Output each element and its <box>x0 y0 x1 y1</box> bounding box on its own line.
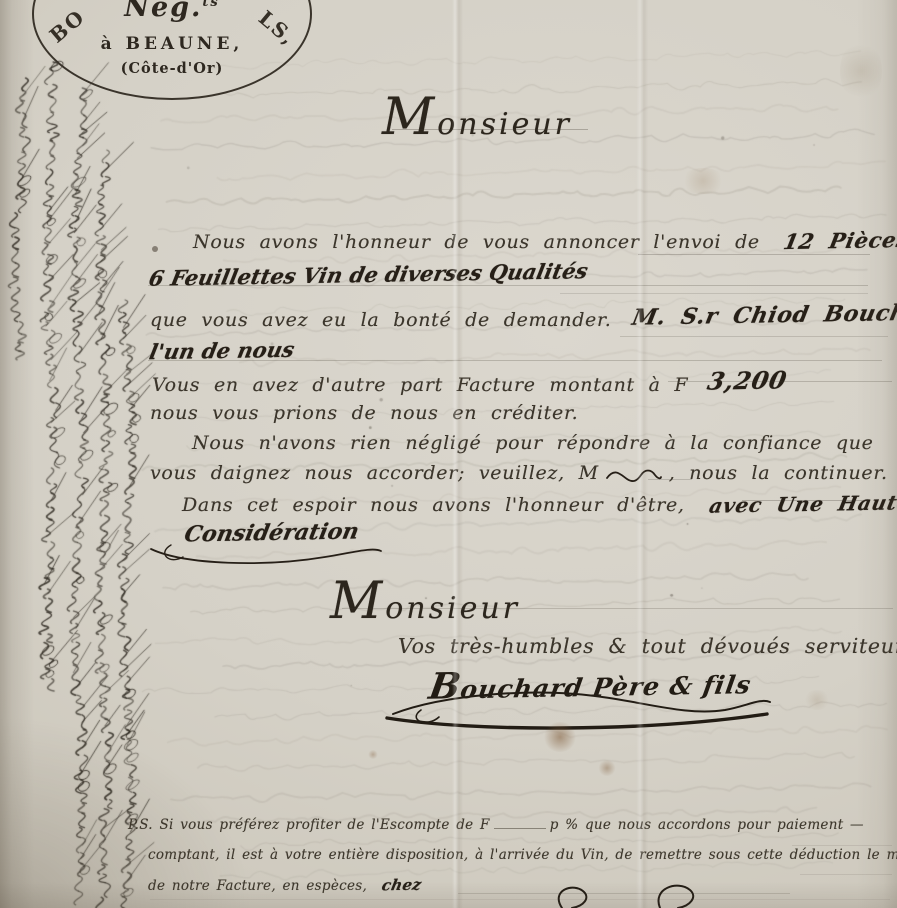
printed-text: , nous la continuer. <box>669 462 888 484</box>
signature-flourish <box>385 688 775 733</box>
handwritten-quantity-pieces: 12 Pièces <box>781 227 897 254</box>
closing-salutation: Monsieur <box>330 572 520 631</box>
stamp-department: (Côte-d'Or) <box>32 60 312 77</box>
salutation-underline <box>392 129 588 130</box>
handwritten-chez: chez <box>380 876 423 895</box>
fill-rule <box>560 293 868 294</box>
closing-underline <box>342 608 893 609</box>
ps-line-3: de notre Facture, en espèces, chez <box>148 876 421 894</box>
merchant-stamp: BO LS, Nég.ts à BEAUNE, (Côte-d'Or) <box>32 0 312 100</box>
fill-rule <box>638 254 870 255</box>
fill-rule <box>620 336 888 337</box>
ps-line-1: P.S. Si vous préférez profiter de l'Esco… <box>128 816 864 833</box>
stamp-negociants: Nég.ts <box>32 0 312 23</box>
printed-text: Dans cet espoir nous avons l'honneur d'ê… <box>182 494 685 516</box>
printed-text: de notre Facture, en espèces, <box>148 878 367 894</box>
fill-rule <box>668 381 892 382</box>
body-line-3: que vous avez eu la bonté de demander. M… <box>150 306 897 332</box>
fill-rule <box>648 479 692 480</box>
handwritten-text: avec Une Haute <box>708 490 897 517</box>
body-line-7: Nous n'avons rien négligé pour répondre … <box>192 432 874 454</box>
faint-rule <box>800 874 892 875</box>
printed-text: Vous en avez d'autre part Facture montan… <box>152 374 688 396</box>
faint-rule <box>150 899 890 900</box>
stamp-negociants-text: Nég. <box>124 0 202 23</box>
handwritten-abbreviation-squiggle <box>605 465 663 483</box>
stamp-negociants-sup: ts <box>202 0 219 10</box>
partial-signature-bottom <box>540 882 740 908</box>
letter-page: BO LS, Nég.ts à BEAUNE, (Côte-d'Or) Mons… <box>0 0 897 908</box>
valediction: Vos très-humbles & tout dévoués serviteu… <box>398 634 897 658</box>
printed-text: que vous avez eu la bonté de demander. <box>150 309 611 331</box>
strike-rule <box>742 500 868 501</box>
faint-rule <box>792 845 892 846</box>
body-line-9: Dans cet espoir nous avons l'honneur d'ê… <box>182 492 897 516</box>
fill-rule <box>148 360 882 361</box>
ps-blank-fill <box>494 816 546 829</box>
printed-text: vous daignez nous accorder; veuillez, M <box>150 462 599 484</box>
stamp-city: à BEAUNE, <box>32 34 312 54</box>
body-line-5: Vous en avez d'autre part Facture montan… <box>152 368 787 397</box>
body-line-6: nous vous prions de nous en créditer. <box>150 402 578 424</box>
ps-line-2: comptant, il est à votre entière disposi… <box>148 847 897 863</box>
body-line-2: 6 Feuillettes Vin de diverses Qualités <box>150 262 587 287</box>
consideration-flourish <box>145 541 385 569</box>
salutation: Monsieur <box>382 88 572 147</box>
letter-content: BO LS, Nég.ts à BEAUNE, (Côte-d'Or) Mons… <box>0 0 897 908</box>
printed-text: P.S. Si vous préférez profiter de l'Esco… <box>128 817 490 833</box>
handwritten-client-name: M. S.r Chiod Bouchard <box>630 299 897 331</box>
fill-rule <box>148 285 868 286</box>
body-line-8: vous daignez nous accorder; veuillez, M,… <box>150 462 888 484</box>
printed-text: Nous avons l'honneur de vous annoncer l'… <box>193 231 760 253</box>
body-line-1: Nous avons l'honneur de vous annoncer l'… <box>193 228 897 253</box>
printed-text: p % que nous accordons pour paiement — <box>550 817 864 833</box>
